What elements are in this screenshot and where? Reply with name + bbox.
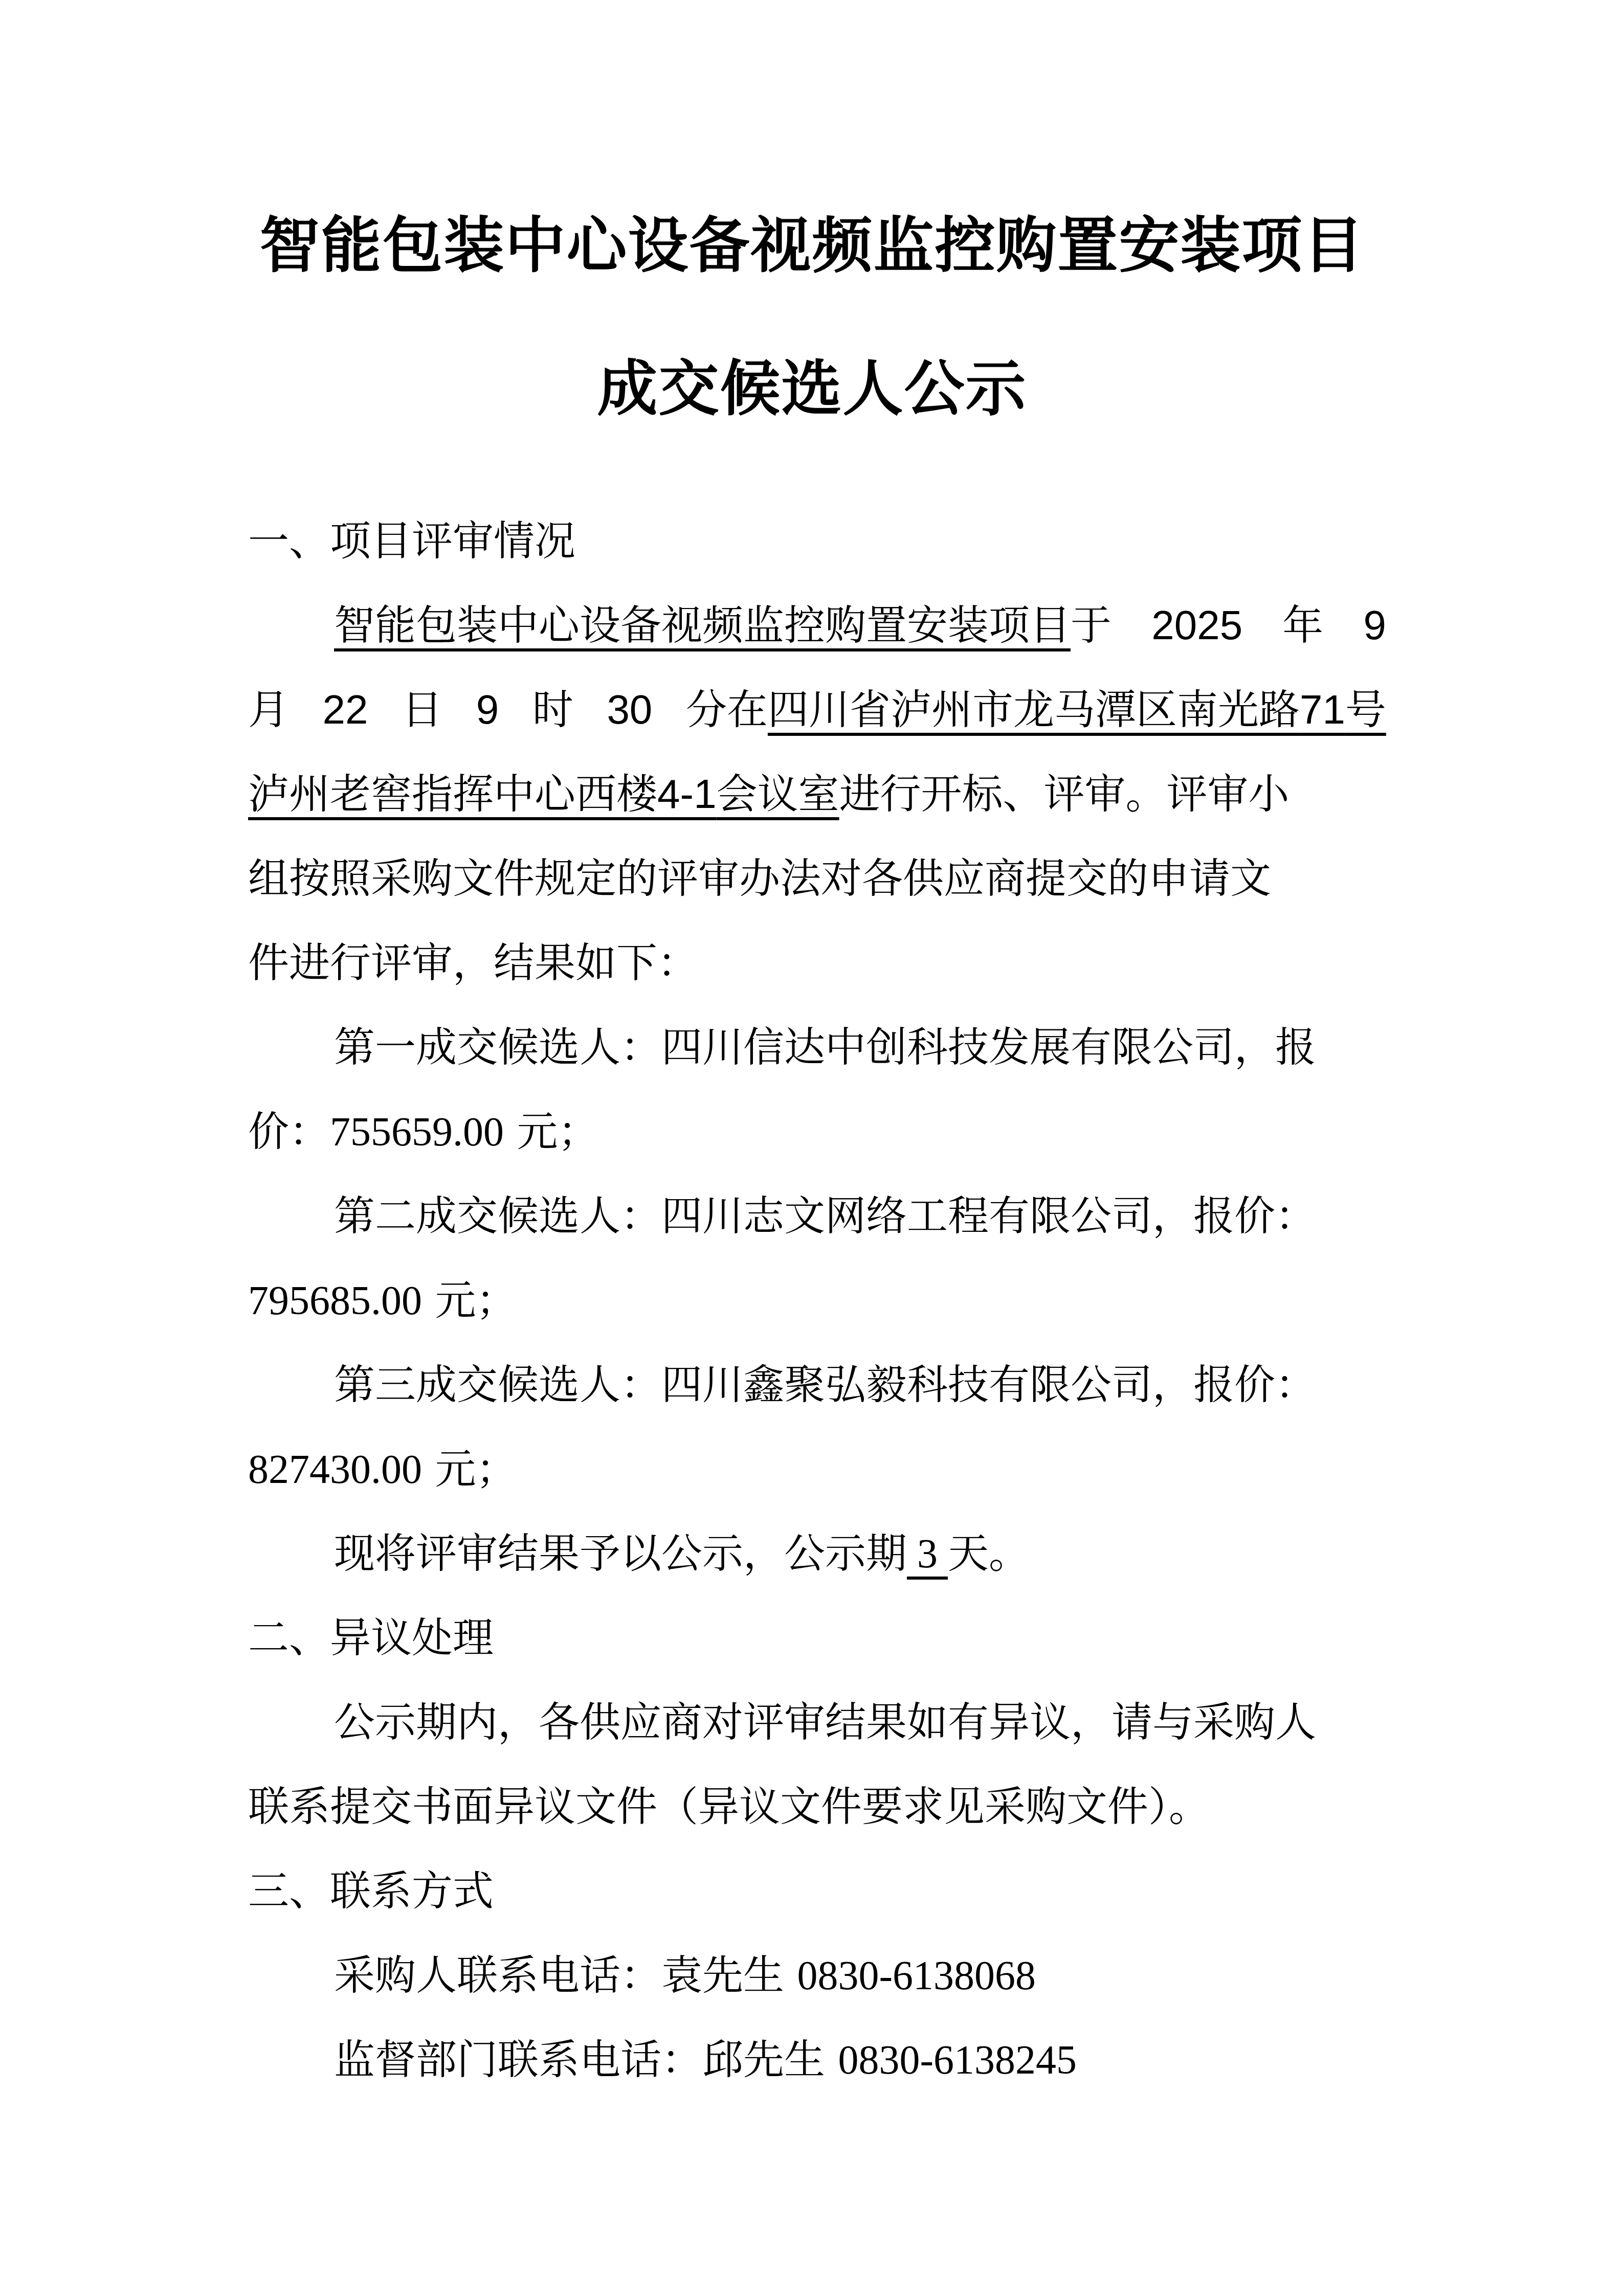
candidate-price: 795685.00 (248, 1278, 422, 1323)
section1-para1-line2: 月 22 日 9 时 30 分在四川省泸州市龙马潭区南光路71号 (248, 667, 1386, 752)
candidate-company: 四川信达中创科技发展有限公司 (661, 1023, 1234, 1071)
section1-para1-line4: 组按照采购文件规定的评审办法对各供应商提交的申请文 (248, 836, 1386, 920)
candidate-1-line2: 价：755659.00 元； (248, 1089, 1386, 1174)
candidate-2-line2: 795685.00 元； (248, 1258, 1386, 1342)
section2-line1: 公示期内，各供应商对评审结果如有异议，请与采购人 (248, 1680, 1386, 1764)
minute: 30 (607, 667, 652, 752)
candidate-rank: 第一成交候选人： (334, 1023, 661, 1071)
candidate-company: 四川鑫聚弘毅科技有限公司 (661, 1361, 1152, 1408)
document-body: 一、项目评审情况 智能包装中心设备视频监控购置安装项目于 2025 年 9 月 … (248, 499, 1386, 2102)
contact-phone: 0830-6138068 (797, 1953, 1036, 1998)
contact-name: 邱先生 (702, 2036, 825, 2083)
month: 9 (1363, 583, 1386, 667)
candidate-3-line2: 827430.00 元； (248, 1427, 1386, 1511)
contact-label: 采购人联系电话： (334, 1951, 661, 1999)
candidate-price: 755659.00 (330, 1110, 504, 1155)
contact-label: 监督部门联系电话： (334, 2036, 702, 2083)
candidate-rank: 第二成交候选人： (334, 1192, 661, 1240)
project-name: 智能包装中心设备视频监控购置安装项目 (334, 601, 1071, 649)
section1-para1-line3: 泸州老窖指挥中心西楼4-1会议室进行开标、评审。评审小 (248, 752, 1386, 836)
candidate-3-line1: 第三成交候选人：四川鑫聚弘毅科技有限公司，报价： (248, 1342, 1386, 1427)
document-page: 智能包装中心设备视频监控购置安装项目 成交候选人公示 一、项目评审情况 智能包装… (0, 0, 1624, 2296)
candidate-rank: 第三成交候选人： (334, 1361, 661, 1408)
section2-heading: 二、异议处理 (248, 1595, 1386, 1680)
contact-name: 袁先生 (661, 1951, 784, 1999)
contact-purchaser: 采购人联系电话：袁先生 0830-6138068 (248, 1933, 1386, 2017)
location-part1: 四川省泸州市龙马潭区南光路71号 (768, 686, 1386, 733)
day: 22 (323, 667, 368, 752)
section3-heading: 三、联系方式 (248, 1849, 1386, 1933)
publicity-days: 3 (907, 1532, 948, 1577)
publicity-period: 现将评审结果予以公示，公示期 3 天。 (248, 1511, 1386, 1595)
year: 2025 (1151, 583, 1242, 667)
contact-phone: 0830-6138245 (838, 2038, 1077, 2083)
candidate-price: 827430.00 (248, 1447, 422, 1492)
candidate-company: 四川志文网络工程有限公司 (661, 1192, 1152, 1240)
hour: 9 (476, 667, 499, 752)
document-title-line1: 智能包装中心设备视频监控购置安装项目 (0, 210, 1624, 281)
contact-supervisor: 监督部门联系电话：邱先生 0830-6138245 (248, 2017, 1386, 2102)
location-part2: 泸州老窖指挥中心西楼4-1会议室 (248, 770, 839, 818)
section1-heading: 一、项目评审情况 (248, 499, 1386, 583)
candidate-2-line1: 第二成交候选人：四川志文网络工程有限公司，报价： (248, 1174, 1386, 1258)
document-title-line2: 成交候选人公示 (0, 353, 1624, 424)
section1-para1-line1: 智能包装中心设备视频监控购置安装项目于 2025 年 9 (248, 583, 1386, 667)
candidate-1-line1: 第一成交候选人：四川信达中创科技发展有限公司，报 (248, 1005, 1386, 1089)
section2-line2: 联系提交书面异议文件（异议文件要求见采购文件）。 (248, 1764, 1386, 1849)
section1-para1-line5: 件进行评审，结果如下： (248, 920, 1386, 1005)
